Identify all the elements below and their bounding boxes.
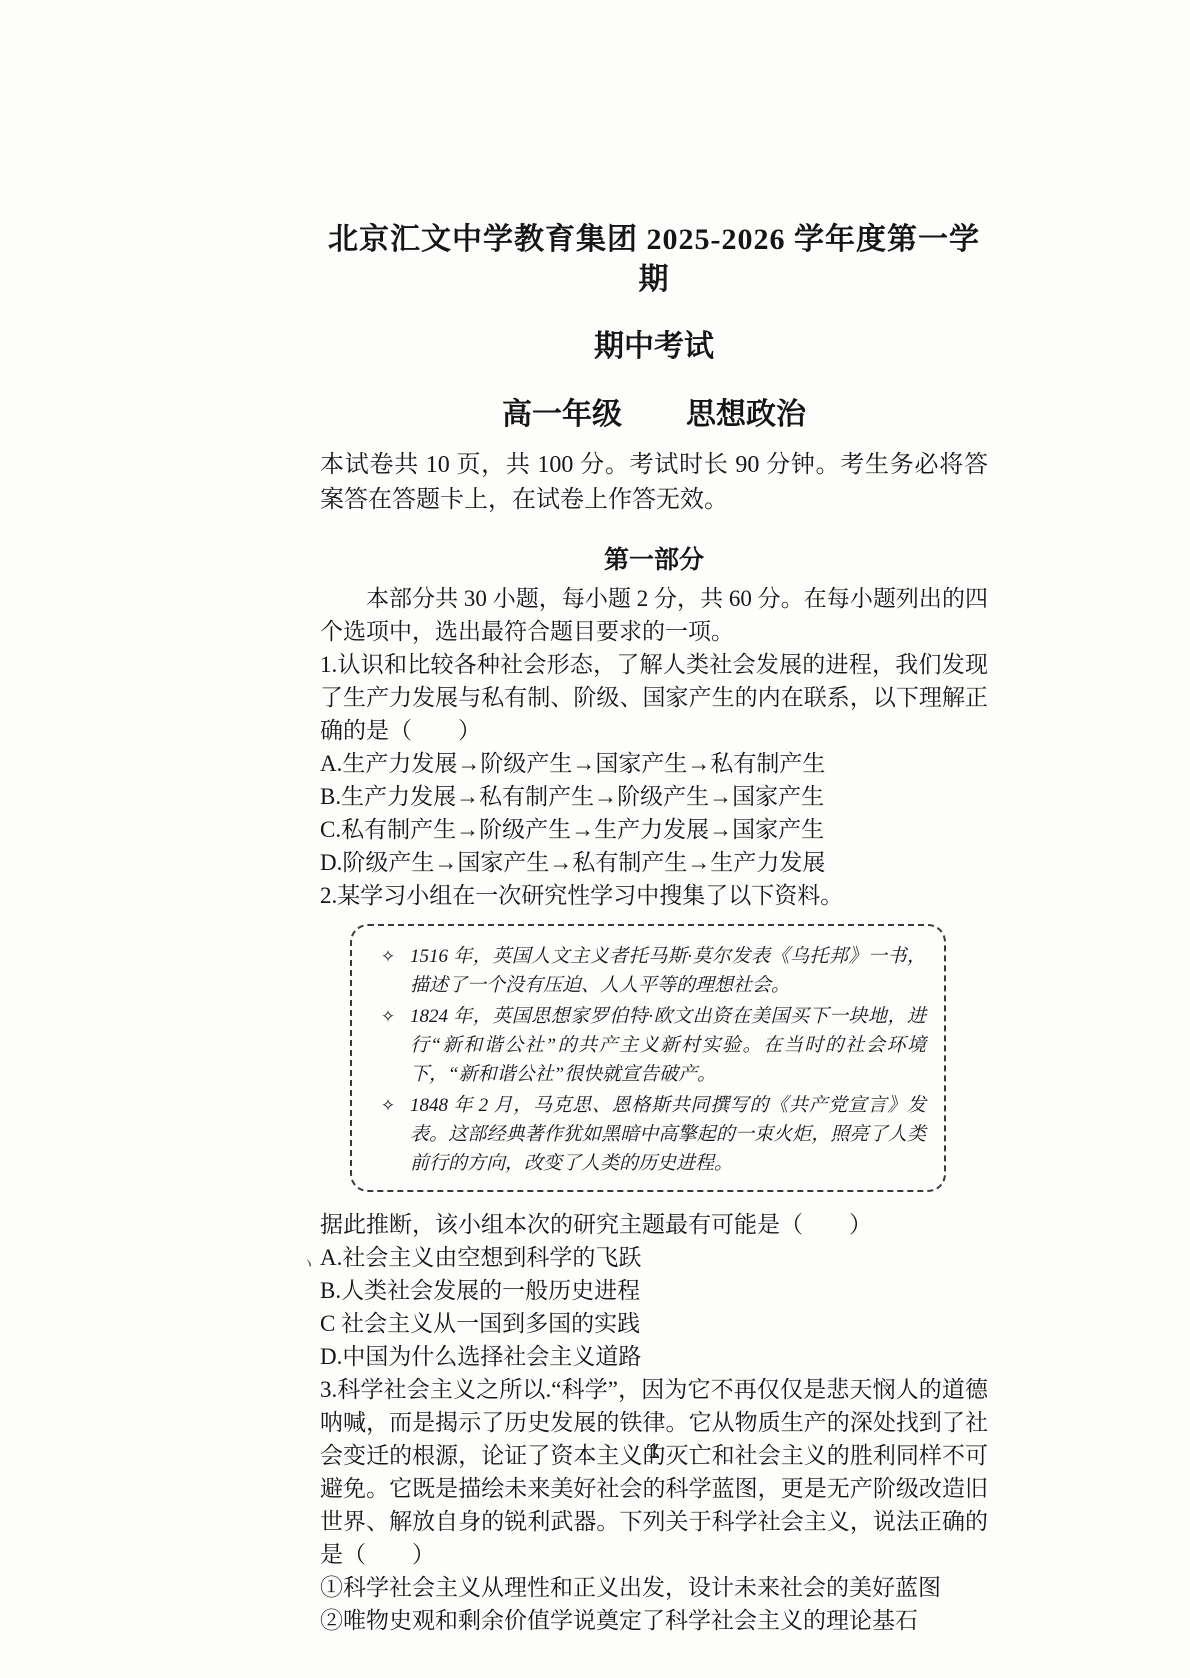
- question-2-options: ヽA.社会主义由空想到科学的飞跃 B.人类社会发展的一般历史进程 C 社会主义从…: [320, 1241, 988, 1373]
- question-2-option-a: ヽA.社会主义由空想到科学的飞跃: [320, 1241, 988, 1274]
- question-1-option-b: B.生产力发展→私有制产生→阶级产生→国家产生: [320, 780, 988, 813]
- question-1-option-d: D.阶级产生→国家产生→私有制产生→生产力发展: [320, 846, 988, 879]
- material-item: ✧ 1824 年，英国思想家罗伯特·欧文出资在美国买下一块地，进行“新和谐公社”…: [366, 1002, 926, 1089]
- question-2-option-d: D.中国为什么选择社会主义道路: [320, 1340, 988, 1373]
- material-item-text: 1848 年 2 月，马克思、恩格斯共同撰写的《共产党宣言》发表。这部经典著作犹…: [410, 1091, 926, 1178]
- question-3-statements: ①科学社会主义从理性和正义出发，设计未来社会的美好蓝图 ②唯物史观和剩余价值学说…: [320, 1571, 988, 1637]
- exam-notice: 本试卷共 10 页，共 100 分。考试时长 90 分钟。考生务必将答案答在答题…: [320, 448, 988, 518]
- question-2-option-a-text: A.社会主义由空想到科学的飞跃: [320, 1245, 641, 1270]
- exam-title: 北京汇文中学教育集团 2025-2026 学年度第一学期: [320, 220, 988, 300]
- question-2-option-b: B.人类社会发展的一般历史进程: [320, 1274, 988, 1307]
- question-3-stem: 3.科学社会主义之所以.“科学”，因为它不再仅仅是悲天悯人的道德呐喊，而是揭示了…: [320, 1373, 988, 1571]
- question-1-options: A.生产力发展→阶级产生→国家产生→私有制产生 B.生产力发展→私有制产生→阶级…: [320, 747, 988, 879]
- part1-heading: 第一部分: [320, 544, 988, 578]
- material-item: ✧ 1516 年，英国人文主义者托马斯·莫尔发表《乌托邦》一书，描述了一个没有压…: [366, 942, 926, 1000]
- grade-label: 高一年级: [502, 398, 622, 431]
- question-1-stem: 1.认识和比较各种社会形态，了解人类社会发展的进程，我们发现了生产力发展与私有制…: [320, 648, 988, 747]
- content-column: 北京汇文中学教育集团 2025-2026 学年度第一学期 期中考试 高一年级思想…: [320, 0, 988, 1637]
- material-item-text: 1824 年，英国思想家罗伯特·欧文出资在美国买下一块地，进行“新和谐公社”的共…: [410, 1002, 926, 1089]
- diamond-bullet-icon: ✧: [366, 942, 410, 971]
- page-number: 1: [320, 1440, 988, 1464]
- question-1-option-c: C.私有制产生→阶级产生→生产力发展→国家产生: [320, 813, 988, 846]
- question-2-stem: 2.某学习小组在一次研究性学习中搜集了以下资料。: [320, 879, 988, 912]
- question-2-material-box: ✧ 1516 年，英国人文主义者托马斯·莫尔发表《乌托邦》一书，描述了一个没有压…: [350, 924, 946, 1192]
- grade-subject-row: 高一年级思想政治: [320, 396, 988, 434]
- question-2-followup: 据此推断，该小组本次的研究主题最有可能是（ ）: [320, 1208, 988, 1241]
- question-1-option-a: A.生产力发展→阶级产生→国家产生→私有制产生: [320, 747, 988, 780]
- subject-label: 思想政治: [686, 398, 806, 431]
- scan-artifact-mark: ヽ: [297, 1246, 320, 1282]
- diamond-bullet-icon: ✧: [366, 1002, 410, 1031]
- question-3-statement-1: ①科学社会主义从理性和正义出发，设计未来社会的美好蓝图: [320, 1571, 988, 1604]
- question-2-option-c: C 社会主义从一国到多国的实践: [320, 1307, 988, 1340]
- exam-subtitle: 期中考试: [320, 328, 988, 366]
- material-item-text: 1516 年，英国人文主义者托马斯·莫尔发表《乌托邦》一书，描述了一个没有压迫、…: [410, 942, 926, 1000]
- material-item: ✧ 1848 年 2 月，马克思、恩格斯共同撰写的《共产党宣言》发表。这部经典著…: [366, 1091, 926, 1178]
- exam-scan-page: 北京汇文中学教育集团 2025-2026 学年度第一学期 期中考试 高一年级思想…: [0, 0, 1190, 1678]
- question-3-statement-2: ②唯物史观和剩余价值学说奠定了科学社会主义的理论基石: [320, 1604, 988, 1637]
- diamond-bullet-icon: ✧: [366, 1091, 410, 1120]
- part1-instructions: 本部分共 30 小题，每小题 2 分，共 60 分。在每小题列出的四个选项中，选…: [320, 582, 988, 648]
